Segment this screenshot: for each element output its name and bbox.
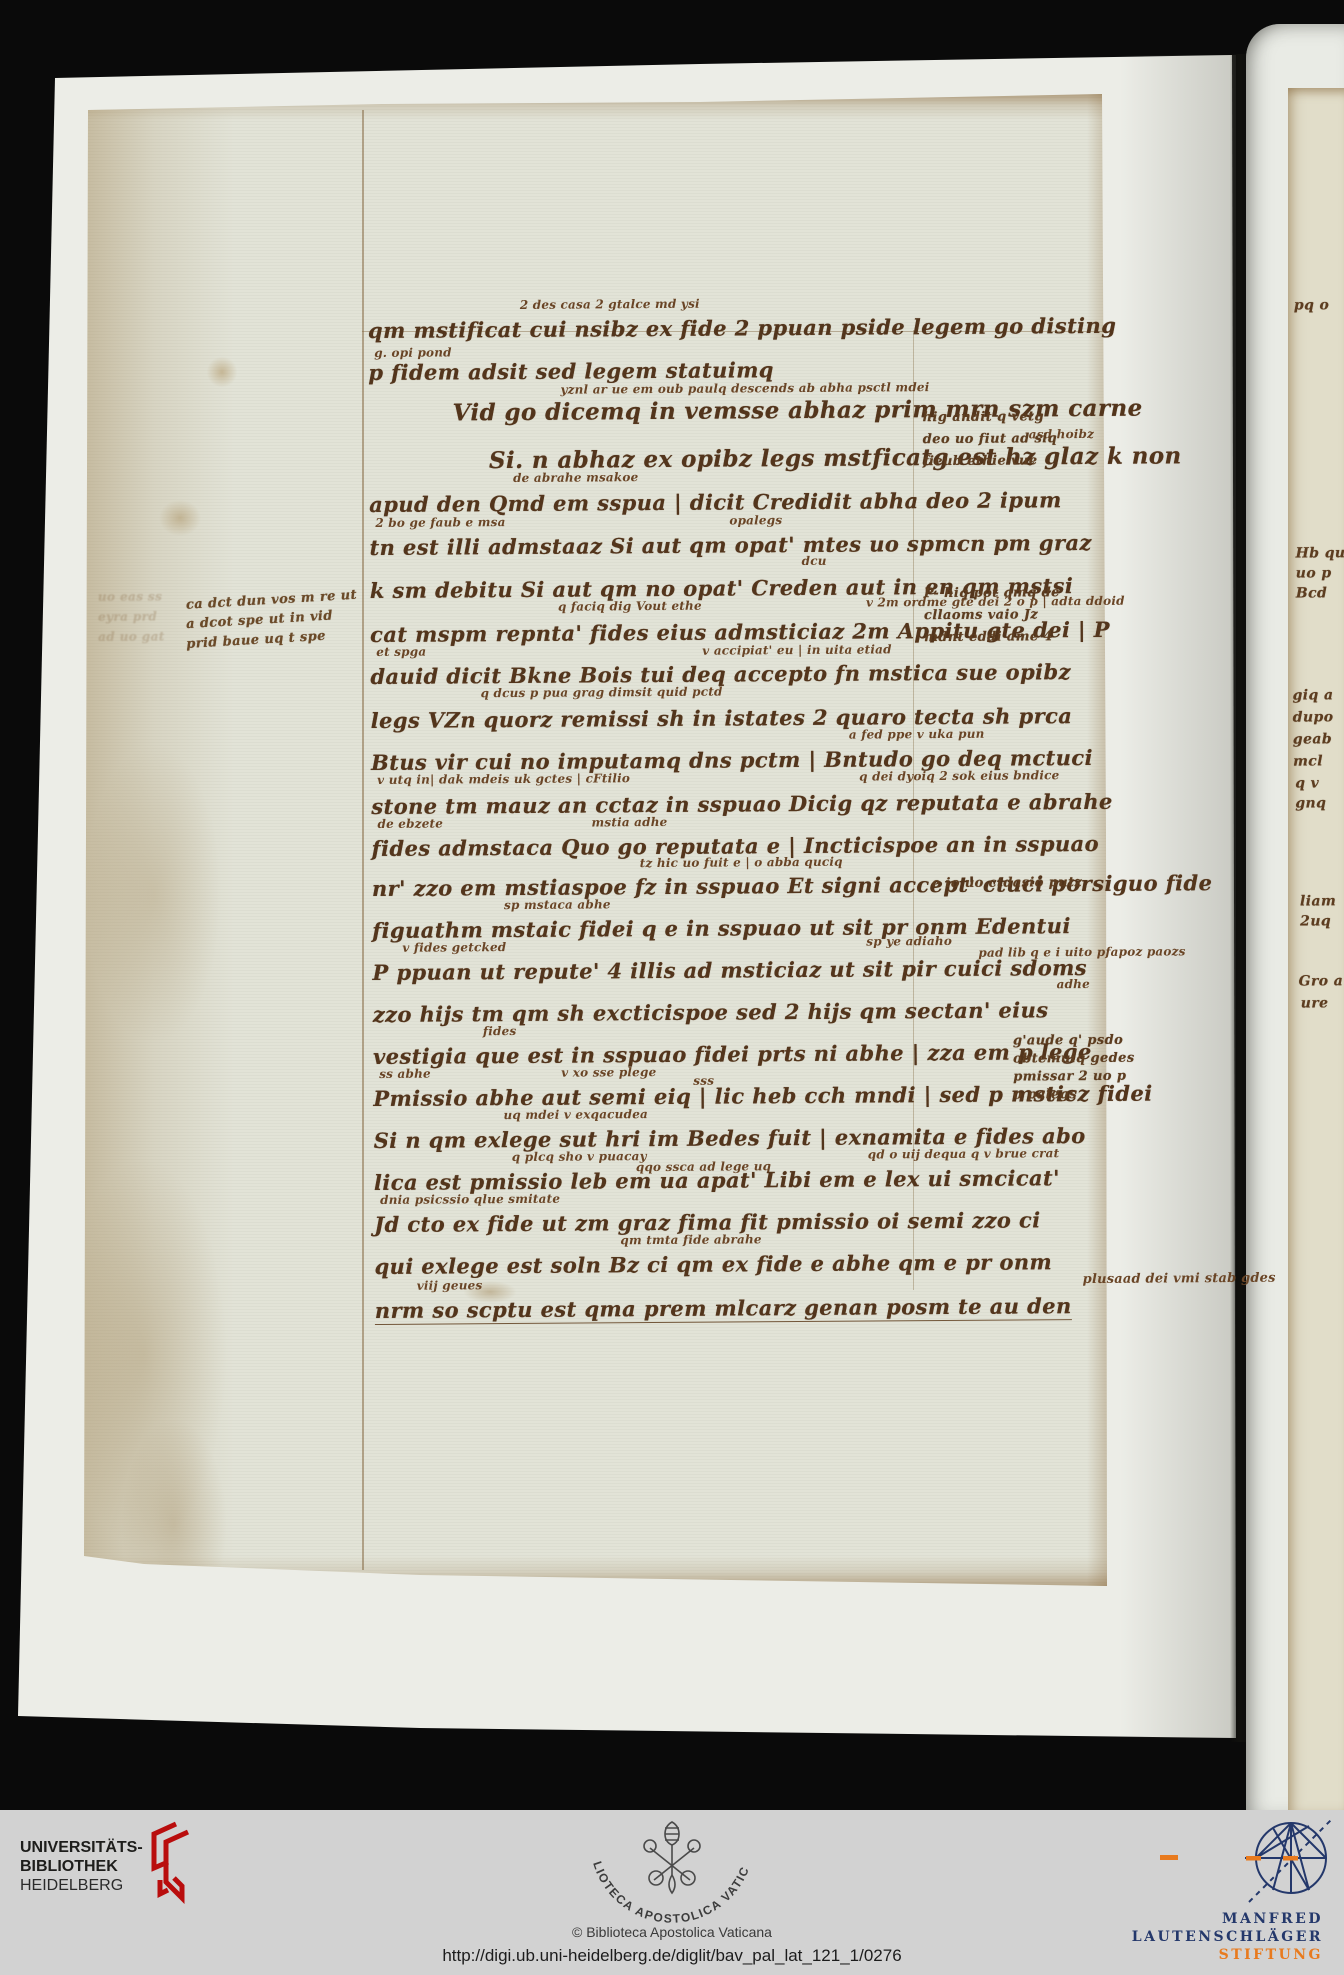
stiftung-line3: STIFTUNG [1132, 1946, 1323, 1964]
manuscript-line: dcu [802, 554, 827, 568]
facing-page-text-fragment: mcl [1293, 753, 1323, 769]
manuscript-line: v fides getcked [402, 940, 506, 955]
ub-heidelberg-wordmark: UNIVERSITÄTS- BIBLIOTHEK HEIDELBERG [20, 1838, 143, 1895]
manuscript-line: P- hiq pot qmq de [924, 585, 1060, 601]
stiftung-line1: MANFRED [1132, 1910, 1323, 1928]
footer-bar: UNIVERSITÄTS- BIBLIOTHEK HEIDELBERG [0, 1810, 1344, 1975]
manuscript-line: q dei dyoiq 2 sok eius bndice [859, 768, 1059, 783]
screenshot-stage: qm mstificat cui nsibz ex fide 2 ppuan p… [0, 0, 1344, 1975]
manuscript-line: v utq in| dak mdeis uk gctes | cFtilio [377, 771, 630, 787]
manuscript-line: qm tmta fide abrahe [620, 1232, 761, 1247]
vatican-seal-arc-text: BIBLIOTECA APOSTOLICA VATICANA [572, 1814, 752, 1926]
manuscript-line: v accipiat' eu | in uita etiad [702, 642, 892, 657]
manuscript-line: cllaoms vaio Jz [924, 607, 1038, 623]
manuscript-line: uo eas ss [98, 589, 162, 603]
manuscript-line: apud den Qmd em sspua | dicit Credidit a… [369, 487, 1062, 517]
manuscript-line: mstia adhe [591, 815, 667, 830]
manuscript-line: deo uo fiut ad siq [923, 431, 1057, 447]
manuscript-line: g. opi pond [374, 345, 452, 360]
manuscript-line: tn est illi admstaaz Si aut qm opat' mte… [369, 530, 1091, 560]
facing-page-text-fragment: Hb qu [1296, 545, 1344, 561]
orange-dash-icon [1160, 1855, 1178, 1860]
manuscript-line: P ppuan ut repute' 4 illis ad msticiaz u… [372, 955, 1087, 985]
ub-line3: HEIDELBERG [20, 1876, 143, 1895]
facing-page-text-fragment: gnq [1295, 795, 1326, 811]
facing-page-text-fragment: uo p [1296, 565, 1332, 581]
manuscript-line: ad uo gat [98, 629, 165, 643]
vatican-seal-icon: BIBLIOTECA APOSTOLICA VATICANA [572, 1814, 772, 1926]
manuscript-line: q dcus p pua grag dimsit quid pctd [480, 685, 722, 701]
manuscript-line: viij geues [417, 1278, 483, 1292]
manuscript-line: uq mdei v exqacudea [503, 1107, 648, 1122]
manuscript-line: et spga [376, 645, 426, 659]
manuscript-line: plusaad dei vmi stab gdes [1083, 1271, 1276, 1287]
manuscript-line: obtemuiq gedes [1013, 1051, 1135, 1067]
manuscript-line: o palegs [1013, 1087, 1077, 1102]
manuscript-line: tz hic uo fuit e | o abba quciq [640, 855, 843, 870]
manuscript-line: de ebzete [377, 817, 443, 831]
facing-page-text-fragment: giq a [1293, 687, 1334, 703]
facing-page-text-fragment: geab [1293, 731, 1332, 747]
facing-page-text-fragment: pq o [1294, 297, 1330, 313]
manuscript-line: qm mstificat cui nsibz ex fide 2 ppuan p… [368, 313, 1116, 343]
manuscript-line: yznl ar ue em oub paulq descends ab abha… [560, 380, 929, 397]
manuscript-line: 2 des casa 2 gtalce md ysi [520, 297, 700, 312]
manuscript-line: q faciq dig Vout ethe [558, 599, 702, 614]
facing-page-text-fragment: q v [1295, 775, 1319, 791]
svg-text:BIBLIOTECA APOSTOLICA VATICANA: BIBLIOTECA APOSTOLICA VATICANA [572, 1814, 752, 1926]
facing-page-text-fragment: 2uq [1300, 913, 1331, 929]
manuscript-text-layer: qm mstificat cui nsibz ex fide 2 ppuan p… [0, 0, 1344, 1813]
ub-line1: UNIVERSITÄTS- [20, 1838, 143, 1857]
manuscript-line: mdnt eddi ame 4 [924, 629, 1053, 645]
manuscript-line: ss abhe [379, 1067, 431, 1081]
manuscript-line: pmissar 2 uo p [1013, 1069, 1126, 1085]
manuscript-line: figuathm mstaic fidei q e in sspuao ut s… [372, 913, 1071, 943]
manuscript-line: fides [483, 1024, 517, 1038]
facing-page-text-fragment: Gro a [1299, 973, 1344, 989]
manuscript-line: lica est pmissio leb em ua apat' Libi em… [374, 1165, 1060, 1195]
manuscript-line: zzo hijs tm qm sh excticispoe sed 2 hijs… [373, 997, 1049, 1027]
ub-line2: BIBLIOTHEK [20, 1857, 143, 1876]
manuscript-line: 2 bo ge faub e msa [375, 515, 505, 530]
manuscript-line: g'aude q' psdo [1013, 1033, 1123, 1049]
stiftung-line2: LAUTENSCHLÄGER [1132, 1928, 1323, 1946]
manuscript-line: vestigia que est in sspuao fidei prts ni… [373, 1039, 1092, 1069]
manuscript-line: eyra prd [98, 609, 157, 623]
manuscript-line: sp ye adiaho [866, 934, 952, 949]
lautenschlaeger-globe-icon [1243, 1812, 1337, 1908]
manuscript-line: Si. n abhaz ex opibz legs mstficatg est … [489, 442, 1182, 474]
manuscript-line: dnia psicssio qlue smitate [380, 1192, 560, 1207]
facing-page-text-fragment: Bcd [1296, 585, 1327, 601]
manuscript-line: qui exlege est soln Bz ci qm ex fide e a… [374, 1249, 1052, 1279]
manuscript-line: opalegs [729, 513, 782, 527]
manuscript-line: de abrahe msakoe [513, 470, 638, 485]
manuscript-line: hig andit q vetg [923, 409, 1044, 425]
manuscript-line: sp mstaca abhe [504, 897, 611, 912]
manuscript-line: adhe [1057, 977, 1090, 991]
manuscript-line: qd o uij dequa q v brue crat [868, 1146, 1060, 1161]
manuscript-line: stone tm mauz an cctaz in sspuao Dicig q… [371, 789, 1113, 819]
manuscript-line: q plcq sho v puacay [512, 1149, 647, 1164]
ub-heidelberg-logo-icon [130, 1820, 194, 1904]
facing-page-text-fragment: liam [1300, 893, 1336, 909]
manuscript-line: fieub ethie vue [923, 453, 1038, 469]
manuscript-line: prid baue uq t spe [186, 629, 326, 652]
manuscript-line: a fed ppe v uka pun [849, 727, 985, 742]
stiftung-wordmark: MANFRED LAUTENSCHLÄGER STIFTUNG [1132, 1910, 1323, 1964]
manuscript-line: nr' zzo em mstiaspoe fz in sspuao Et sig… [372, 870, 1213, 901]
manuscript-line: v xo sse plege [561, 1065, 656, 1080]
manuscript-line: nrm so scptu est qma prem mlcarz genan p… [375, 1293, 1072, 1325]
manuscript-line: e io uo ctdasio putz [932, 875, 1083, 891]
facing-page-text-fragment: ure [1301, 995, 1329, 1011]
facing-page-text-fragment: dupo [1293, 709, 1334, 725]
